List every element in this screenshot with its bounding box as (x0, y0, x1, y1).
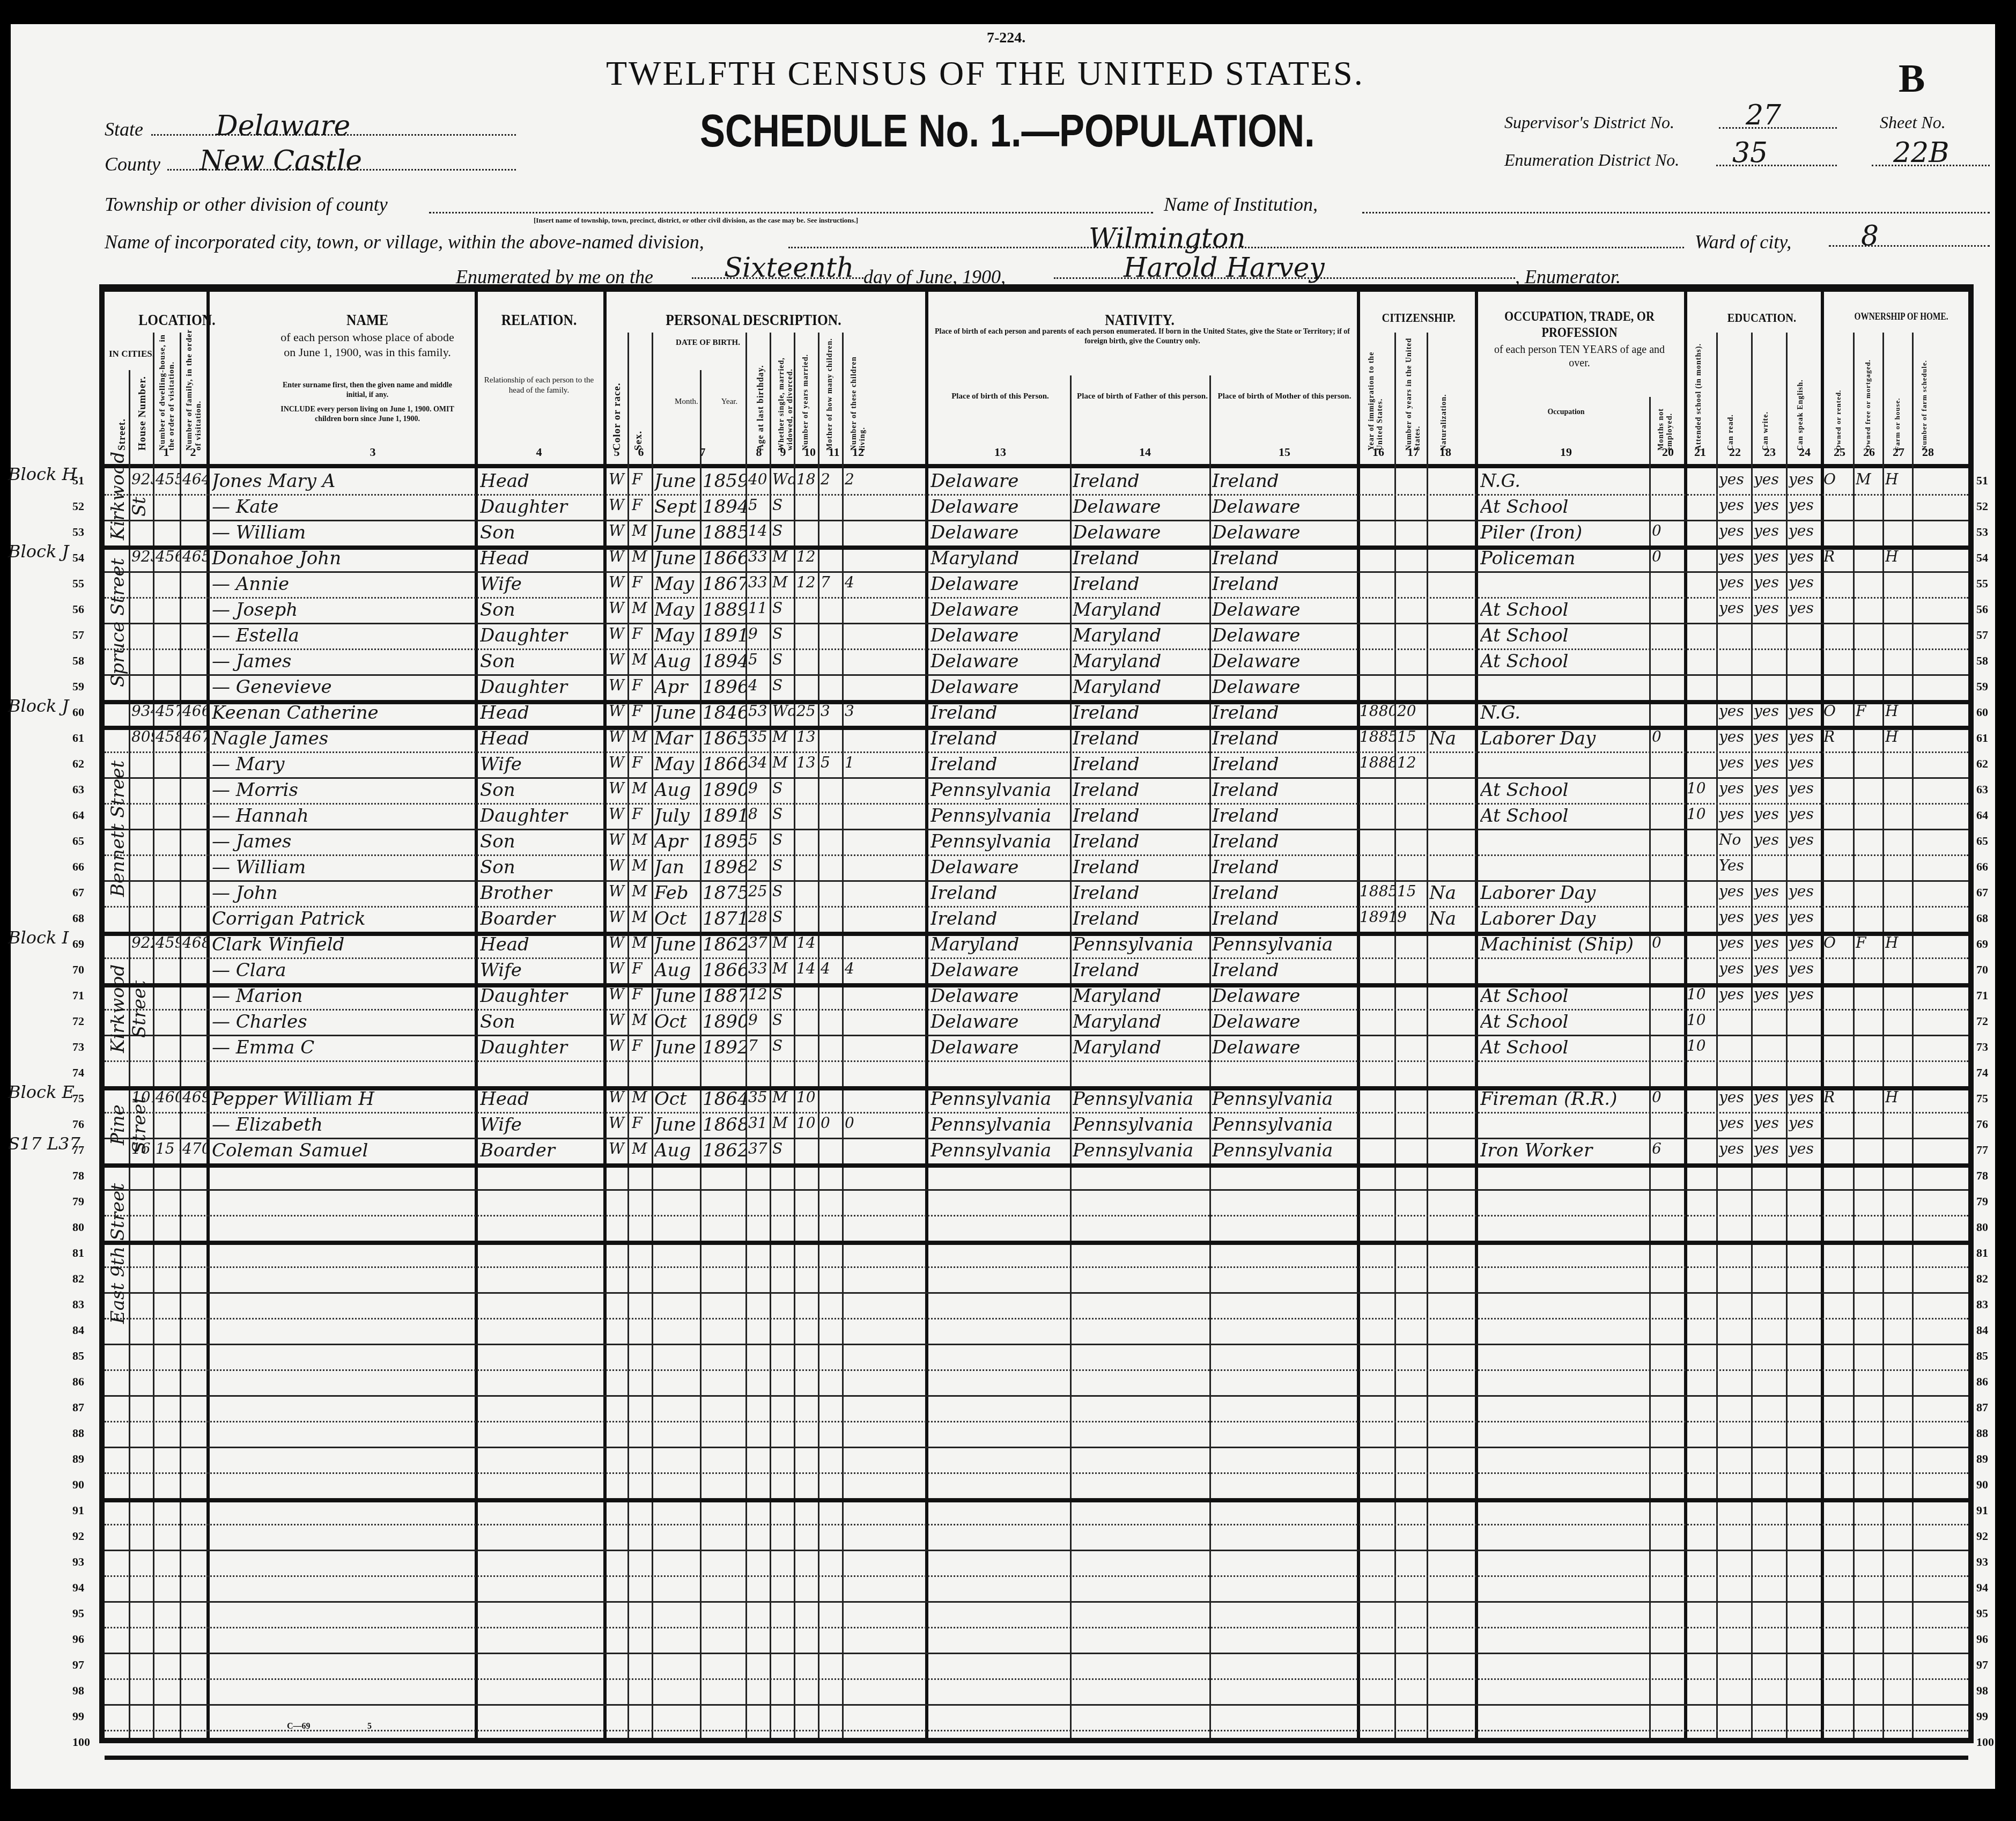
birthplace-father-cell[interactable]: Ireland (1073, 573, 1209, 595)
table-row[interactable]: 5757— EstellaDaughterWFMay18919SDelaware… (105, 623, 1968, 648)
name-cell[interactable]: — Mary (212, 754, 475, 775)
table-row[interactable]: 8383 (105, 1292, 1968, 1318)
can-speak-cell[interactable]: yes (1789, 548, 1821, 565)
sex-cell[interactable]: F (632, 573, 651, 591)
sex-cell[interactable]: M (632, 831, 651, 849)
birthplace-father-cell[interactable]: Ireland (1073, 805, 1209, 827)
birthplace-person-cell[interactable]: Delaware (931, 960, 1070, 981)
relation-cell[interactable]: Son (480, 651, 603, 672)
birth-year-cell[interactable]: 1868 (703, 1114, 745, 1136)
color-cell[interactable]: W (609, 702, 627, 720)
age-cell[interactable]: 35 (748, 728, 770, 746)
table-row[interactable]: 9292 (105, 1524, 1968, 1550)
color-cell[interactable]: W (609, 470, 627, 488)
occupation-cell[interactable]: At School (1480, 805, 1649, 827)
sex-cell[interactable]: F (632, 805, 651, 823)
can-write-cell[interactable]: yes (1754, 831, 1786, 849)
birthplace-mother-cell[interactable]: Ireland (1212, 702, 1357, 724)
birth-year-cell[interactable]: 1892 (703, 1037, 745, 1058)
age-cell[interactable]: 40 (748, 470, 770, 488)
birthplace-father-cell[interactable]: Ireland (1073, 702, 1209, 724)
birthplace-person-cell[interactable]: Delaware (931, 573, 1070, 595)
birthplace-person-cell[interactable]: Delaware (931, 857, 1070, 878)
sex-cell[interactable]: M (632, 857, 651, 874)
marital-status-cell[interactable]: S (772, 779, 794, 797)
marital-status-cell[interactable]: S (772, 1011, 794, 1029)
birth-year-cell[interactable]: 1864 (703, 1088, 745, 1110)
relation-cell[interactable]: Son (480, 831, 603, 852)
birth-month-cell[interactable]: June (654, 934, 700, 955)
birthplace-person-cell[interactable]: Pennsylvania (931, 779, 1070, 801)
can-read-cell[interactable]: yes (1719, 985, 1751, 1003)
birth-year-cell[interactable]: 1862 (703, 1140, 745, 1161)
name-cell[interactable]: — Elizabeth (212, 1114, 475, 1136)
table-row[interactable]: 75751010460469Pepper William HHeadWMOct1… (105, 1086, 1968, 1112)
occupation-cell[interactable]: At School (1480, 496, 1649, 518)
birthplace-person-cell[interactable]: Delaware (931, 651, 1070, 672)
age-cell[interactable]: 8 (748, 805, 770, 823)
can-read-cell[interactable]: yes (1719, 960, 1751, 977)
relation-cell[interactable]: Wife (480, 1114, 603, 1136)
name-cell[interactable]: — Joseph (212, 599, 475, 621)
can-write-cell[interactable]: yes (1754, 779, 1786, 797)
birthplace-father-cell[interactable]: Maryland (1073, 651, 1209, 672)
occupation-cell[interactable]: Laborer Day (1480, 882, 1649, 904)
birth-year-cell[interactable]: 1862 (703, 934, 745, 955)
can-speak-cell[interactable]: yes (1789, 470, 1821, 488)
sex-cell[interactable]: F (632, 676, 651, 694)
can-write-cell[interactable]: yes (1754, 548, 1786, 565)
occupation-cell[interactable]: Policeman (1480, 548, 1649, 569)
street-name[interactable]: East 9th Street (107, 1169, 129, 1338)
relation-cell[interactable]: Wife (480, 754, 603, 775)
name-cell[interactable]: Pepper William H (212, 1088, 475, 1110)
birth-year-cell[interactable]: 1898 (703, 857, 745, 878)
occupation-cell[interactable]: Piler (Iron) (1480, 522, 1649, 543)
birth-year-cell[interactable]: 1890 (703, 779, 745, 801)
color-cell[interactable]: W (609, 496, 627, 514)
can-read-cell[interactable]: yes (1719, 805, 1751, 823)
name-cell[interactable]: — Emma C (212, 1037, 475, 1058)
birthplace-father-cell[interactable]: Ireland (1073, 470, 1209, 492)
birth-month-cell[interactable]: Oct (654, 1088, 700, 1110)
birthplace-father-cell[interactable]: Ireland (1073, 728, 1209, 749)
table-row[interactable]: 8989 (105, 1447, 1968, 1472)
birth-year-cell[interactable]: 1865 (703, 728, 745, 749)
birth-year-cell[interactable]: 1891 (703, 805, 745, 827)
table-row[interactable]: 8484 (105, 1318, 1968, 1344)
enumeration-district-field[interactable]: 35 (1716, 137, 1837, 166)
birth-month-cell[interactable]: Aug (654, 1140, 700, 1161)
name-cell[interactable]: — Morris (212, 779, 475, 801)
relation-cell[interactable]: Son (480, 779, 603, 801)
name-cell[interactable]: — Clara (212, 960, 475, 981)
birthplace-father-cell[interactable]: Ireland (1073, 831, 1209, 852)
marital-status-cell[interactable]: S (772, 857, 794, 874)
owned-free-cell[interactable]: F (1856, 934, 1882, 952)
birthplace-father-cell[interactable]: Maryland (1073, 676, 1209, 698)
color-cell[interactable]: W (609, 857, 627, 874)
birthplace-father-cell[interactable]: Ireland (1073, 882, 1209, 904)
age-cell[interactable]: 4 (748, 676, 770, 694)
birthplace-mother-cell[interactable]: Ireland (1212, 831, 1357, 852)
occupation-cell[interactable]: N.G. (1480, 470, 1649, 492)
name-cell[interactable]: — Estella (212, 625, 475, 646)
age-cell[interactable]: 25 (748, 882, 770, 900)
color-cell[interactable]: W (609, 1088, 627, 1106)
can-read-cell[interactable]: yes (1719, 908, 1751, 926)
birth-year-cell[interactable]: 1889 (703, 599, 745, 621)
color-cell[interactable]: W (609, 599, 627, 617)
birth-year-cell[interactable]: 1875 (703, 882, 745, 904)
age-cell[interactable]: 33 (748, 960, 770, 977)
birth-year-cell[interactable]: 1846 (703, 702, 745, 724)
birth-year-cell[interactable]: 1885 (703, 522, 745, 543)
owned-rented-cell[interactable]: O (1823, 702, 1853, 720)
can-speak-cell[interactable]: yes (1789, 1114, 1821, 1132)
mother-of-cell[interactable]: 7 (821, 573, 842, 591)
dwelling-number-cell[interactable]: 456 (156, 548, 180, 565)
birthplace-mother-cell[interactable]: Ireland (1212, 857, 1357, 878)
family-number-cell[interactable]: 466 (182, 702, 206, 720)
birth-year-cell[interactable]: 1894 (703, 496, 745, 518)
birth-year-cell[interactable]: 1891 (703, 625, 745, 646)
birthplace-person-cell[interactable]: Pennsylvania (931, 805, 1070, 827)
name-cell[interactable]: Clark Winfield (212, 934, 475, 955)
birthplace-person-cell[interactable]: Delaware (931, 496, 1070, 518)
immigration-year-cell[interactable]: 1880 (1360, 702, 1394, 720)
years-married-cell[interactable]: 25 (796, 702, 818, 720)
farm-house-cell[interactable]: H (1885, 470, 1912, 488)
table-row[interactable]: 8787 (105, 1395, 1968, 1421)
age-cell[interactable]: 2 (748, 857, 770, 874)
can-write-cell[interactable]: yes (1754, 702, 1786, 720)
can-write-cell[interactable]: yes (1754, 496, 1786, 514)
table-row[interactable]: 7676— ElizabethWifeWFJune186831M1000Penn… (105, 1112, 1968, 1138)
marital-status-cell[interactable]: M (772, 1114, 794, 1132)
immigration-year-cell[interactable]: 1888 (1360, 754, 1394, 771)
years-married-cell[interactable]: 10 (796, 1088, 818, 1106)
street-name[interactable]: Kirkwood Street (107, 937, 150, 1081)
farm-house-cell[interactable]: H (1885, 728, 1912, 746)
marital-status-cell[interactable]: S (772, 1037, 794, 1055)
sex-cell[interactable]: M (632, 522, 651, 540)
birthplace-mother-cell[interactable]: Ireland (1212, 779, 1357, 801)
family-number-cell[interactable]: 467 (182, 728, 206, 746)
birth-year-cell[interactable]: 1867 (703, 573, 745, 595)
marital-status-cell[interactable]: S (772, 805, 794, 823)
birthplace-father-cell[interactable]: Delaware (1073, 522, 1209, 543)
table-row[interactable]: 6969922459468Clark WinfieldHeadWMJune186… (105, 932, 1968, 957)
birthplace-father-cell[interactable]: Maryland (1073, 985, 1209, 1007)
can-speak-cell[interactable]: yes (1789, 805, 1821, 823)
birth-year-cell[interactable]: 1871 (703, 908, 745, 930)
birthplace-mother-cell[interactable]: Ireland (1212, 470, 1357, 492)
can-read-cell[interactable]: yes (1719, 573, 1751, 591)
years-in-us-cell[interactable]: 20 (1397, 702, 1427, 720)
sex-cell[interactable]: F (632, 960, 651, 977)
house-number-cell[interactable]: 809 (131, 728, 153, 746)
relation-cell[interactable]: Head (480, 1088, 603, 1110)
birthplace-father-cell[interactable]: Maryland (1073, 1037, 1209, 1058)
birth-year-cell[interactable]: 1896 (703, 676, 745, 698)
table-row[interactable]: 5353— WilliamSonWMJune188514SDelawareDel… (105, 520, 1968, 545)
occupation-cell[interactable]: N.G. (1480, 702, 1649, 724)
birthplace-person-cell[interactable]: Pennsylvania (931, 831, 1070, 852)
years-in-us-cell[interactable]: 15 (1397, 882, 1427, 900)
can-write-cell[interactable]: yes (1754, 908, 1786, 926)
birth-month-cell[interactable]: June (654, 1037, 700, 1058)
sex-cell[interactable]: M (632, 1140, 651, 1158)
can-read-cell[interactable]: yes (1719, 728, 1751, 746)
age-cell[interactable]: 12 (748, 985, 770, 1003)
can-write-cell[interactable]: yes (1754, 573, 1786, 591)
birthplace-father-cell[interactable]: Pennsylvania (1073, 1140, 1209, 1161)
age-cell[interactable]: 28 (748, 908, 770, 926)
name-cell[interactable]: Donahoe John (212, 548, 475, 569)
table-row[interactable]: 6060934457466Keenan CatherineHeadWFJune1… (105, 700, 1968, 726)
age-cell[interactable]: 9 (748, 1011, 770, 1029)
relation-cell[interactable]: Son (480, 599, 603, 621)
birthplace-person-cell[interactable]: Pennsylvania (931, 1088, 1070, 1110)
birth-month-cell[interactable]: June (654, 1114, 700, 1136)
years-married-cell[interactable]: 12 (796, 548, 818, 565)
family-number-cell[interactable]: 464 (182, 470, 206, 488)
can-speak-cell[interactable]: yes (1789, 934, 1821, 952)
birthplace-father-cell[interactable]: Pennsylvania (1073, 934, 1209, 955)
color-cell[interactable]: W (609, 1037, 627, 1055)
can-speak-cell[interactable]: yes (1789, 779, 1821, 797)
relation-cell[interactable]: Head (480, 728, 603, 749)
ward-field[interactable]: 8 (1829, 220, 1990, 247)
attended-school-cell[interactable]: 10 (1687, 985, 1716, 1003)
occupation-cell[interactable]: At School (1480, 1011, 1649, 1033)
birthplace-mother-cell[interactable]: Ireland (1212, 754, 1357, 775)
relation-cell[interactable]: Boarder (480, 1140, 603, 1161)
birthplace-father-cell[interactable]: Ireland (1073, 857, 1209, 878)
table-row[interactable]: 9898 (105, 1678, 1968, 1704)
relation-cell[interactable]: Daughter (480, 496, 603, 518)
marital-status-cell[interactable]: S (772, 831, 794, 849)
children-living-cell[interactable]: 0 (845, 1114, 866, 1132)
name-cell[interactable]: — John (212, 882, 475, 904)
name-cell[interactable]: — William (212, 857, 475, 878)
table-row[interactable]: 7070— ClaraWifeWFAug186633M1444DelawareI… (105, 957, 1968, 983)
marital-status-cell[interactable]: S (772, 599, 794, 617)
age-cell[interactable]: 11 (748, 599, 770, 617)
birth-year-cell[interactable]: 1895 (703, 831, 745, 852)
birthplace-person-cell[interactable]: Delaware (931, 522, 1070, 543)
color-cell[interactable]: W (609, 779, 627, 797)
birth-month-cell[interactable]: June (654, 522, 700, 543)
sex-cell[interactable]: M (632, 599, 651, 617)
months-unemployed-cell[interactable]: 0 (1652, 1088, 1684, 1106)
name-cell[interactable]: — James (212, 651, 475, 672)
enumerator-name-field[interactable]: Harold Harvey (1054, 252, 1515, 279)
table-row[interactable]: 7171— MarionDaughterWFJune188712SDelawar… (105, 983, 1968, 1009)
naturalization-cell[interactable]: Na (1429, 882, 1475, 904)
institution-field[interactable] (1362, 201, 1990, 213)
street-name[interactable]: Pine Street (107, 1092, 150, 1158)
birthplace-mother-cell[interactable]: Pennsylvania (1212, 1140, 1357, 1161)
relation-cell[interactable]: Son (480, 1011, 603, 1033)
can-read-cell[interactable]: yes (1719, 754, 1751, 771)
can-read-cell[interactable]: yes (1719, 1088, 1751, 1106)
table-row[interactable]: 6464— HannahDaughterWFJuly18918SPennsylv… (105, 803, 1968, 829)
table-row[interactable]: 100100 (105, 1730, 1968, 1756)
table-row[interactable]: 5656— JosephSonWMMay188911SDelawareMaryl… (105, 597, 1968, 623)
state-field[interactable]: Delaware (151, 110, 516, 136)
occupation-cell[interactable]: Iron Worker (1480, 1140, 1649, 1161)
family-number-cell[interactable]: 468 (182, 934, 206, 952)
birthplace-person-cell[interactable]: Pennsylvania (931, 1114, 1070, 1136)
birth-year-cell[interactable]: 1859 (703, 470, 745, 492)
name-cell[interactable]: — Marion (212, 985, 475, 1007)
birth-month-cell[interactable]: June (654, 985, 700, 1007)
owned-free-cell[interactable]: M (1856, 470, 1882, 488)
table-row[interactable]: 9696 (105, 1627, 1968, 1653)
can-read-cell[interactable]: Yes (1719, 857, 1751, 874)
dwelling-number-cell[interactable]: 15 461 (156, 1140, 180, 1158)
table-row[interactable]: 77771615 461470Coleman SamuelBoarderWMAu… (105, 1138, 1968, 1163)
marital-status-cell[interactable]: S (772, 522, 794, 540)
can-speak-cell[interactable]: yes (1789, 754, 1821, 771)
color-cell[interactable]: W (609, 934, 627, 952)
relation-cell[interactable]: Wife (480, 960, 603, 981)
can-read-cell[interactable]: yes (1719, 470, 1751, 488)
mother-of-cell[interactable]: 4 (821, 960, 842, 977)
color-cell[interactable]: W (609, 882, 627, 900)
table-row[interactable]: 5454923456465Donahoe JohnHeadWMJune18663… (105, 545, 1968, 571)
table-row[interactable]: 5151923455464Jones Mary AHeadWFJune18594… (105, 468, 1968, 494)
sex-cell[interactable]: F (632, 1037, 651, 1055)
mother-of-cell[interactable]: 5 (821, 754, 842, 771)
years-married-cell[interactable]: 13 (796, 754, 818, 771)
dwelling-number-cell[interactable]: 459 (156, 934, 180, 952)
name-cell[interactable]: Nagle James (212, 728, 475, 749)
owned-rented-cell[interactable]: R (1823, 1088, 1853, 1106)
birthplace-mother-cell[interactable]: Delaware (1212, 522, 1357, 543)
children-living-cell[interactable]: 2 (845, 470, 866, 488)
supervisor-district-field[interactable]: 27 (1719, 99, 1837, 129)
table-row[interactable]: 9090 (105, 1472, 1968, 1498)
can-write-cell[interactable]: yes (1754, 1140, 1786, 1158)
birth-month-cell[interactable]: Aug (654, 960, 700, 981)
birth-year-cell[interactable]: 1894 (703, 651, 745, 672)
age-cell[interactable]: 34 (748, 754, 770, 771)
owned-rented-cell[interactable]: O (1823, 470, 1853, 488)
table-row[interactable]: 7878 (105, 1163, 1968, 1189)
can-read-cell[interactable]: yes (1719, 496, 1751, 514)
can-write-cell[interactable]: yes (1754, 960, 1786, 977)
months-unemployed-cell[interactable]: 0 (1652, 934, 1684, 952)
owned-free-cell[interactable]: F (1856, 702, 1882, 720)
sex-cell[interactable]: M (632, 548, 651, 565)
name-cell[interactable]: — Hannah (212, 805, 475, 827)
birthplace-mother-cell[interactable]: Ireland (1212, 908, 1357, 930)
birth-month-cell[interactable]: Aug (654, 779, 700, 801)
birthplace-person-cell[interactable]: Delaware (931, 985, 1070, 1007)
years-married-cell[interactable]: 12 (796, 573, 818, 591)
relation-cell[interactable]: Daughter (480, 805, 603, 827)
table-row[interactable]: 7373— Emma CDaughterWFJune18927SDelaware… (105, 1035, 1968, 1060)
birthplace-person-cell[interactable]: Maryland (931, 934, 1070, 955)
birth-month-cell[interactable]: Apr (654, 831, 700, 852)
can-read-cell[interactable]: yes (1719, 1114, 1751, 1132)
color-cell[interactable]: W (609, 754, 627, 771)
years-married-cell[interactable]: 18 (796, 470, 818, 488)
can-write-cell[interactable]: yes (1754, 522, 1786, 540)
can-read-cell[interactable]: No (1719, 831, 1751, 849)
sex-cell[interactable]: F (632, 1114, 651, 1132)
can-write-cell[interactable]: yes (1754, 934, 1786, 952)
birth-month-cell[interactable]: June (654, 548, 700, 569)
age-cell[interactable]: 5 (748, 496, 770, 514)
immigration-year-cell[interactable]: 1885 (1360, 728, 1394, 746)
table-row[interactable]: 5858— JamesSonWMAug18945SDelawareMarylan… (105, 648, 1968, 674)
farm-house-cell[interactable]: H (1885, 1088, 1912, 1106)
name-cell[interactable]: — James (212, 831, 475, 852)
birthplace-mother-cell[interactable]: Delaware (1212, 676, 1357, 698)
color-cell[interactable]: W (609, 805, 627, 823)
color-cell[interactable]: W (609, 728, 627, 746)
family-number-cell[interactable]: 465 (182, 548, 206, 565)
sex-cell[interactable]: F (632, 470, 651, 488)
can-speak-cell[interactable]: yes (1789, 522, 1821, 540)
occupation-cell[interactable]: At School (1480, 625, 1649, 646)
table-row[interactable]: 8181 (105, 1241, 1968, 1266)
marital-status-cell[interactable]: Wd (772, 470, 794, 488)
mother-of-cell[interactable]: 3 (821, 702, 842, 720)
years-in-us-cell[interactable]: 12 (1397, 754, 1427, 771)
can-write-cell[interactable]: yes (1754, 754, 1786, 771)
table-row[interactable]: 8686 (105, 1369, 1968, 1395)
can-read-cell[interactable]: yes (1719, 702, 1751, 720)
marital-status-cell[interactable]: M (772, 728, 794, 746)
can-speak-cell[interactable]: yes (1789, 599, 1821, 617)
birthplace-mother-cell[interactable]: Ireland (1212, 728, 1357, 749)
birth-year-cell[interactable]: 1866 (703, 548, 745, 569)
occupation-cell[interactable]: Laborer Day (1480, 728, 1649, 749)
name-cell[interactable]: — Genevieve (212, 676, 475, 698)
birthplace-person-cell[interactable]: Delaware (931, 599, 1070, 621)
years-married-cell[interactable]: 14 (796, 934, 818, 952)
can-speak-cell[interactable]: yes (1789, 1140, 1821, 1158)
birthplace-person-cell[interactable]: Delaware (931, 1011, 1070, 1033)
farm-house-cell[interactable]: H (1885, 702, 1912, 720)
enumeration-day-field[interactable]: Sixteenth (692, 252, 863, 279)
color-cell[interactable]: W (609, 1140, 627, 1158)
birth-year-cell[interactable]: 1890 (703, 1011, 745, 1033)
relation-cell[interactable]: Head (480, 548, 603, 569)
months-unemployed-cell[interactable]: 6 (1652, 1140, 1684, 1158)
occupation-cell[interactable]: At School (1480, 1037, 1649, 1058)
owned-rented-cell[interactable]: O (1823, 934, 1853, 952)
attended-school-cell[interactable]: 10 (1687, 805, 1716, 823)
can-speak-cell[interactable]: yes (1789, 702, 1821, 720)
birthplace-father-cell[interactable]: Pennsylvania (1073, 1088, 1209, 1110)
birthplace-mother-cell[interactable]: Delaware (1212, 1037, 1357, 1058)
age-cell[interactable]: 5 (748, 651, 770, 668)
age-cell[interactable]: 5 (748, 831, 770, 849)
birth-month-cell[interactable]: Oct (654, 1011, 700, 1033)
township-field[interactable] (429, 201, 1153, 213)
name-cell[interactable]: — William (212, 522, 475, 543)
can-write-cell[interactable]: yes (1754, 882, 1786, 900)
table-row[interactable]: 7272— CharlesSonWMOct18909SDelawareMaryl… (105, 1009, 1968, 1035)
months-unemployed-cell[interactable]: 0 (1652, 522, 1684, 540)
name-cell[interactable]: — Annie (212, 573, 475, 595)
